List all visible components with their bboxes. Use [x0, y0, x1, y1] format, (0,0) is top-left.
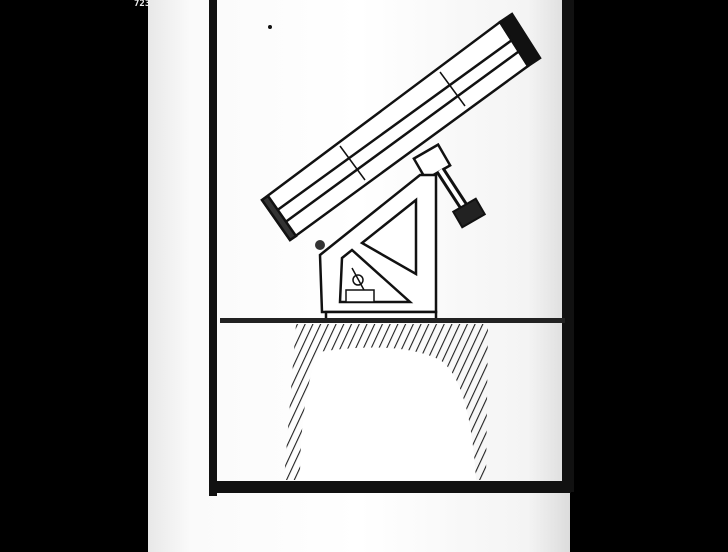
hatched-pedestal [284, 324, 488, 480]
slow-motion-knob [315, 240, 325, 250]
speck [268, 25, 272, 29]
ground-line [220, 318, 565, 323]
telescope-drawing [0, 0, 728, 552]
